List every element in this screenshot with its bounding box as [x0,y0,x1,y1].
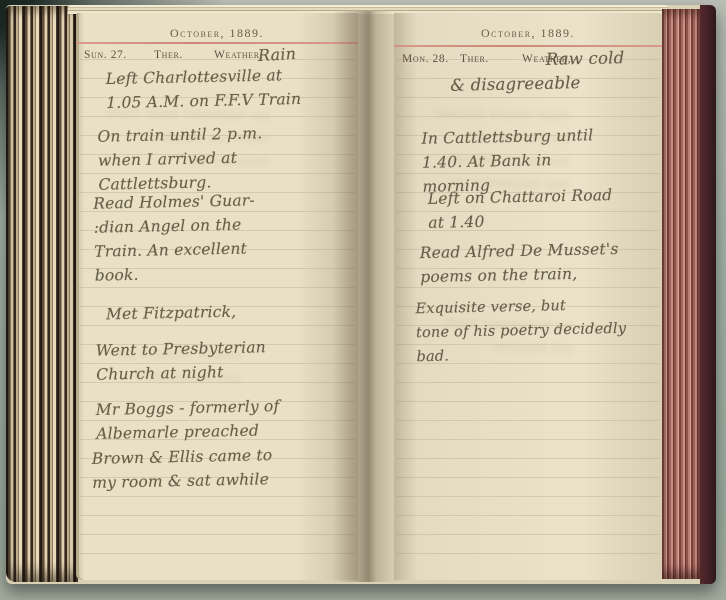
day-label: Mon. 28. [402,53,449,65]
diary-book: October, 1889. Sun. 27. Ther. Weather, R… [6,5,716,584]
diary-entry: Exquisite verse, but tone of his poetry … [415,293,627,369]
diary-entry: Mr Boggs - formerly of Albemarle preache… [96,394,281,446]
diary-entry: Left on Chattaroi Road at 1.40 [428,183,614,235]
left-page-stack-edge [6,6,78,582]
diary-entry: On train until 2 p.m. when I arrived at … [97,121,263,196]
diary-entry: Read Holmes' Guar- :dian Angel on the Tr… [93,188,257,287]
day-label: Sun. 27. [84,49,127,61]
right-page: October, 1889. Mon. 28. Ther. Weather, R… [394,13,662,580]
weather-label: Weather, [214,49,263,61]
diary-entry: Read Alfred De Musset's poems on the tra… [420,237,620,289]
diary-entry: Brown & Ellis came to my room & sat awhi… [92,443,274,495]
thermometer-label: Ther. [154,49,183,61]
month-header: October, 1889. [76,26,358,41]
diary-entry: Went to Presbyterian Church at night [96,335,267,387]
diary-photo-scene: October, 1889. Sun. 27. Ther. Weather, R… [0,0,726,600]
diary-entry: Left Charlottesville at 1.05 A.M. on F.F… [106,63,302,115]
book-cover-edge [700,5,716,584]
left-page: October, 1889. Sun. 27. Ther. Weather, R… [76,13,358,580]
diary-entry: Met Fitzpatrick, [106,300,237,327]
header-rule [76,42,358,44]
month-header: October, 1889. [394,26,662,41]
weather-value: Raw cold & disagreeable [450,46,626,98]
red-stained-fore-edge [662,9,702,579]
